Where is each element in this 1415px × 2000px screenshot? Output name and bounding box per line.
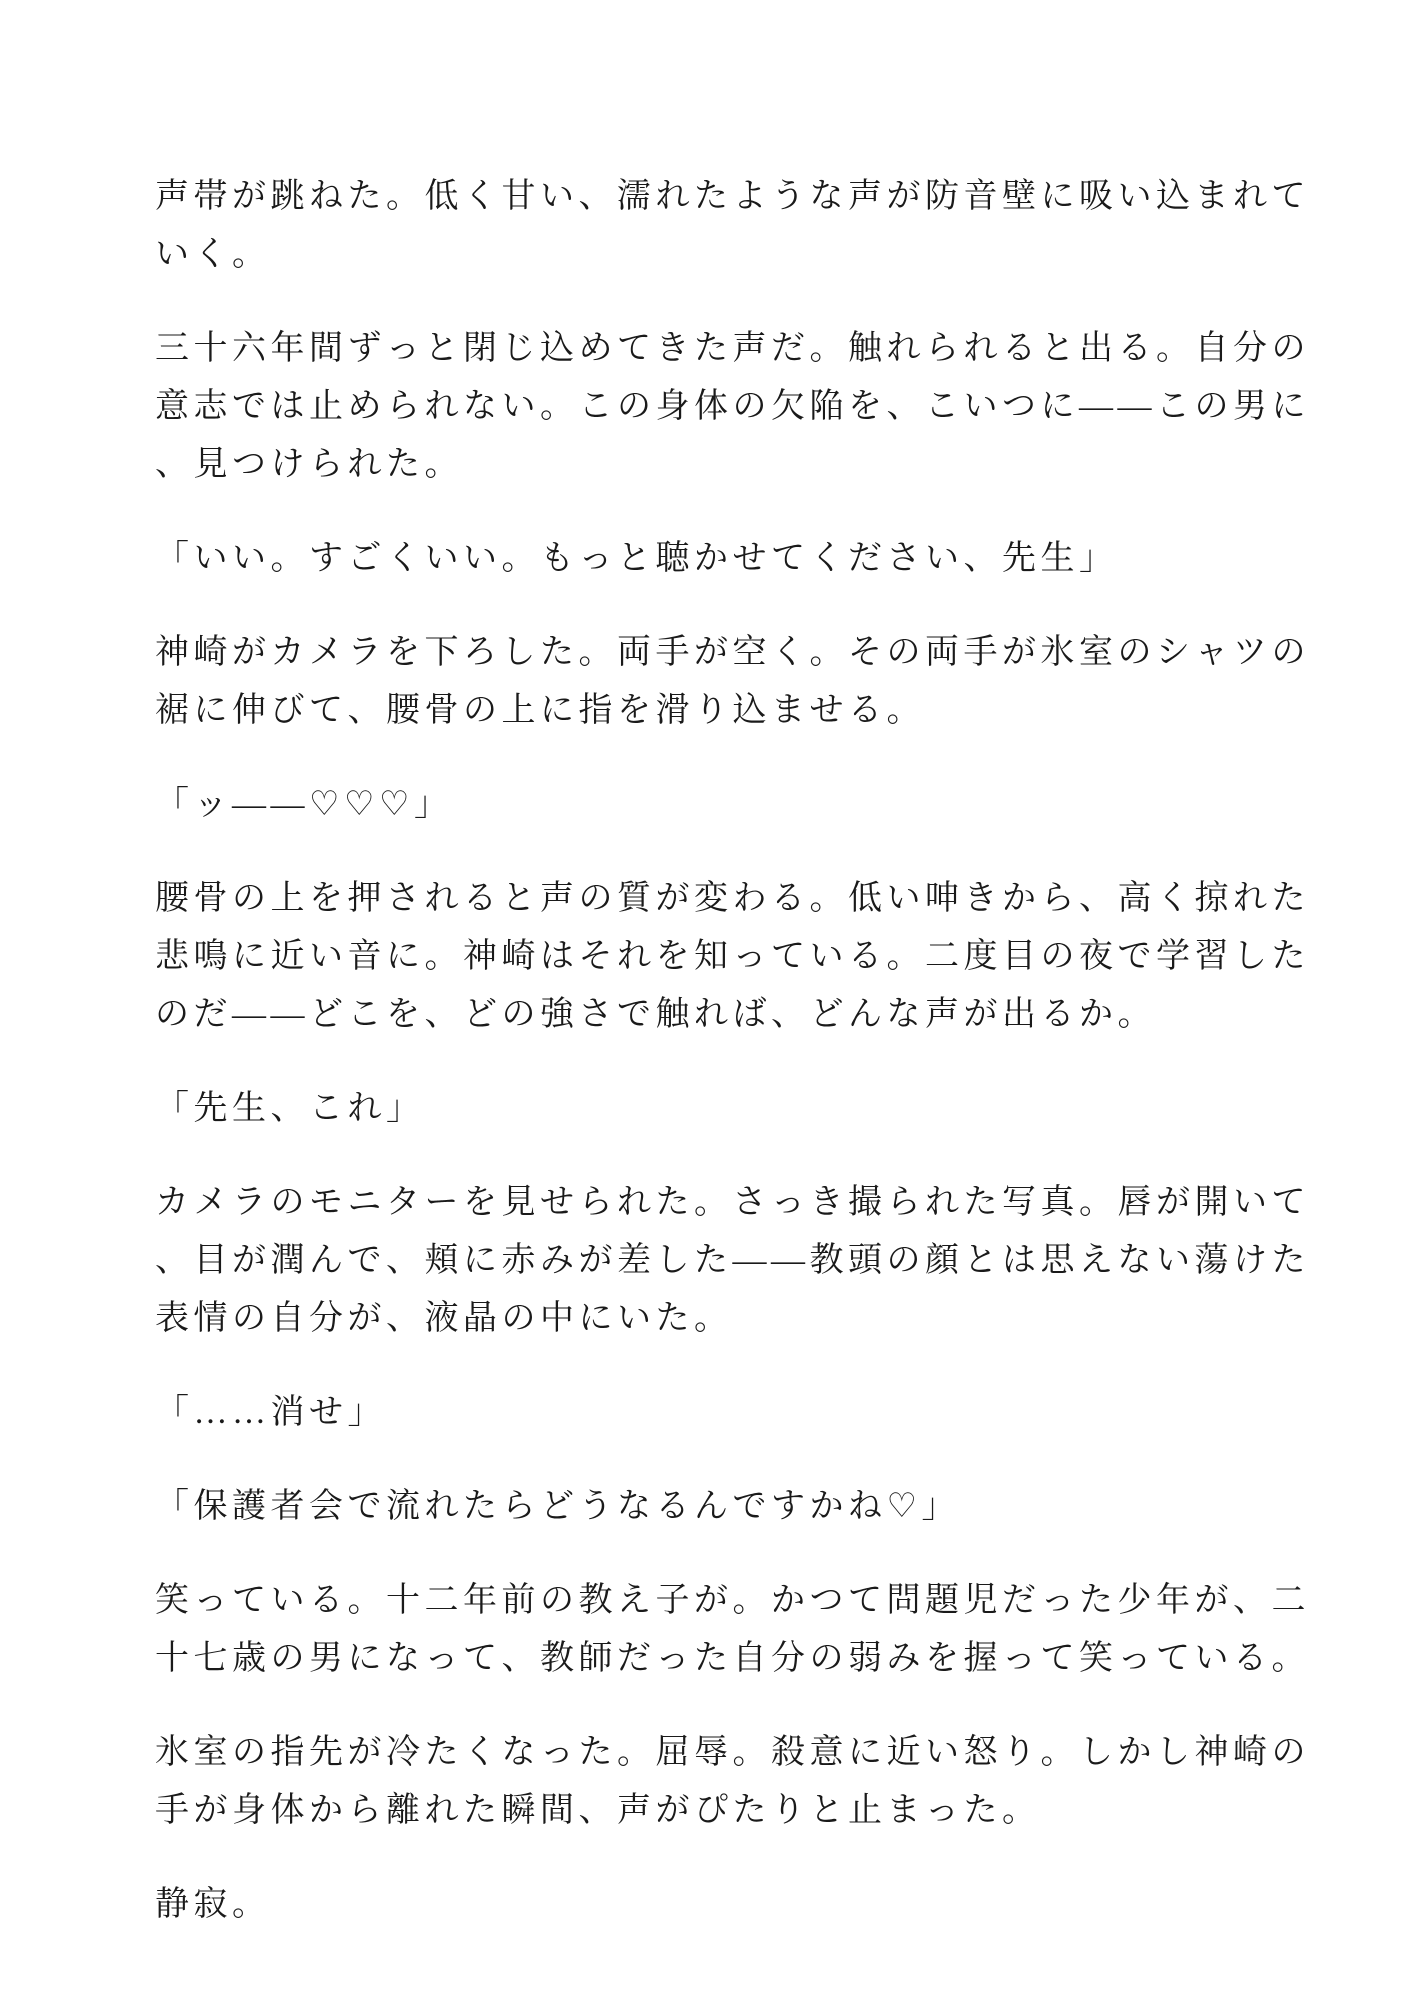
paragraph: 三十六年間ずっと閉じ込めてきた声だ。触れられると出る。自分の意志では止められない… [155,320,1265,494]
paragraph: 神崎がカメラを下ろした。両手が空く。その両手が氷室のシャツの裾に伸びて、腰骨の上… [155,624,1265,740]
text-line: のだ――どこを、どの強さで触れば、どんな声が出るか。 [155,986,1265,1044]
text-line: 腰骨の上を押されると声の質が変わる。低い呻きから、高く掠れた [155,870,1265,928]
text-line: カメラのモニターを見せられた。さっき撮られた写真。唇が開いて [155,1174,1265,1232]
paragraph: 氷室の指先が冷たくなった。屈辱。殺意に近い怒り。しかし神崎の手が身体から離れた瞬… [155,1724,1265,1840]
text-line: 十七歳の男になって、教師だった自分の弱みを握って笑っている。 [155,1630,1265,1688]
document-page: 声帯が跳ねた。低く甘い、濡れたような声が防音壁に吸い込まれていく。三十六年間ずっ… [0,0,1415,2000]
text-line: 手が身体から離れた瞬間、声がぴたりと止まった。 [155,1782,1265,1840]
text-line: 神崎がカメラを下ろした。両手が空く。その両手が氷室のシャツの [155,624,1265,682]
text-line: 三十六年間ずっと閉じ込めてきた声だ。触れられると出る。自分の [155,320,1265,378]
text-line: 声帯が跳ねた。低く甘い、濡れたような声が防音壁に吸い込まれて [155,168,1265,226]
text-line: 「いい。すごくいい。もっと聴かせてください、先生」 [155,530,1265,588]
paragraph: カメラのモニターを見せられた。さっき撮られた写真。唇が開いて、目が潤んで、頬に赤… [155,1174,1265,1348]
text-line: 静寂。 [155,1876,1265,1934]
paragraph: 笑っている。十二年前の教え子が。かつて問題児だった少年が、二十七歳の男になって、… [155,1572,1265,1688]
text-line: いく。 [155,226,1265,284]
text-line: 意志では止められない。この身体の欠陥を、こいつに――この男に [155,378,1265,436]
text-line: 「保護者会で流れたらどうなるんですかね♡」 [155,1478,1265,1536]
story-text: 声帯が跳ねた。低く甘い、濡れたような声が防音壁に吸い込まれていく。三十六年間ずっ… [0,0,1415,1934]
text-line: 笑っている。十二年前の教え子が。かつて問題児だった少年が、二 [155,1572,1265,1630]
text-line: 、見つけられた。 [155,436,1265,494]
text-line: 表情の自分が、液晶の中にいた。 [155,1290,1265,1348]
text-line: 「……消せ」 [155,1384,1265,1442]
paragraph: 「先生、これ」 [155,1080,1265,1138]
paragraph: 「ッ――♡♡♡」 [155,776,1265,834]
paragraph: 「……消せ」 [155,1384,1265,1442]
paragraph: 腰骨の上を押されると声の質が変わる。低い呻きから、高く掠れた悲鳴に近い音に。神崎… [155,870,1265,1044]
text-line: 、目が潤んで、頬に赤みが差した――教頭の顔とは思えない蕩けた [155,1232,1265,1290]
paragraph: 「いい。すごくいい。もっと聴かせてください、先生」 [155,530,1265,588]
text-line: 氷室の指先が冷たくなった。屈辱。殺意に近い怒り。しかし神崎の [155,1724,1265,1782]
text-line: 「ッ――♡♡♡」 [155,776,1265,834]
text-line: 「先生、これ」 [155,1080,1265,1138]
paragraph: 声帯が跳ねた。低く甘い、濡れたような声が防音壁に吸い込まれていく。 [155,168,1265,284]
paragraph: 静寂。 [155,1876,1265,1934]
paragraph: 「保護者会で流れたらどうなるんですかね♡」 [155,1478,1265,1536]
text-line: 裾に伸びて、腰骨の上に指を滑り込ませる。 [155,682,1265,740]
text-line: 悲鳴に近い音に。神崎はそれを知っている。二度目の夜で学習した [155,928,1265,986]
